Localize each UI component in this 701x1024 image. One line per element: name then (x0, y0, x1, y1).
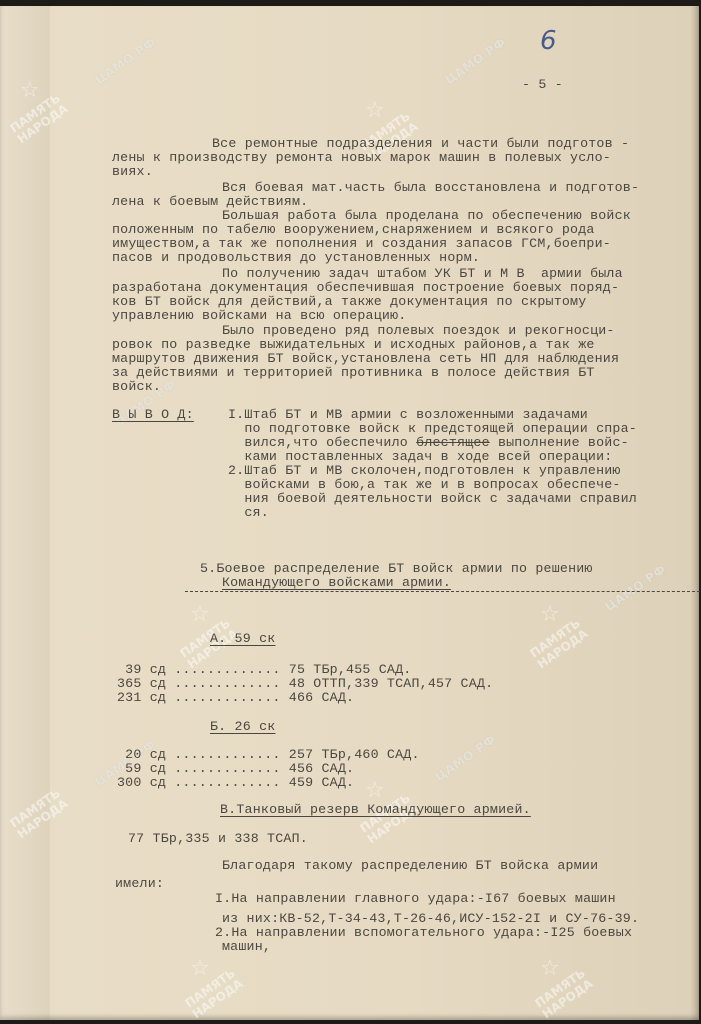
group-title-b: Б. 26 ск (210, 720, 275, 734)
watermark-tsamo: ЦАМО РФ (92, 35, 158, 87)
closing-item: I.На направлении главного удара:-I67 бое… (215, 892, 616, 906)
star-icon: ☆ (20, 78, 40, 103)
document-page: ЦАМО РФ ЦАМО РФ ЦАМО РФ ЦАМО РФ ЦАМО РФ … (0, 6, 699, 1020)
conclusion-line: 2.Штаб БТ и МВ сколочен,подготовлен к уп… (228, 464, 621, 478)
section-title-line2: Командующего войсками армии. (222, 576, 451, 590)
conclusion-line: вился,что обеспечило блестящее выполнени… (228, 436, 629, 450)
table-row: 231 сд ............. 466 САД. (117, 691, 354, 705)
conclusion-line: I.Штаб БТ и МВ армии с возложенными зада… (228, 408, 588, 422)
paragraph-line: Было проведено ряд полевых поездок и рек… (222, 324, 615, 338)
star-icon: ☆ (365, 778, 385, 803)
conclusion-label: В Ы В О Д: (112, 408, 194, 422)
watermark-tsamo: ЦАМО РФ (442, 35, 508, 87)
paragraph-line: за действиями и территорией противника в… (112, 366, 595, 380)
conclusion-line: ся. (228, 506, 269, 520)
table-row: 300 сд ............. 459 САД. (117, 776, 354, 790)
paragraph-line: имуществом,а так же пополнения и создани… (112, 237, 611, 251)
star-icon: ☆ (540, 956, 560, 981)
paragraph-line: Большая работа была проделана по обеспеч… (222, 209, 631, 223)
paragraph-line: ровок по разведке выжидательных и исходн… (112, 338, 595, 352)
group-title-v: В.Танковый резерв Командующего армией. (220, 803, 531, 817)
conclusion-line: по подготовке войск к предстоящей операц… (228, 422, 637, 436)
closing-item-cont: машин, (222, 940, 271, 954)
table-row: 59 сд ............. 456 САД. (117, 762, 354, 776)
paragraph-line: ков БТ войск для действий,а также докуме… (112, 295, 586, 309)
page-fold-shadow (0, 6, 50, 1020)
closing-item-detail: из них:КВ-52,Т-34-43,Т-26-46,ИСУ-152-2I … (222, 912, 639, 926)
group-title-a: А. 59 ск (210, 632, 275, 646)
page-number: - 5 - (522, 78, 563, 92)
watermark-tsamo: ЦАМО РФ (432, 732, 498, 784)
table-row: 39 сд ............. 75 ТБр,455 САД. (117, 663, 411, 677)
star-icon: ☆ (540, 602, 560, 627)
star-icon: ☆ (190, 956, 210, 981)
paragraph-line: пасов и продовольствия до установленных … (112, 251, 480, 265)
paragraph-line: виях. (112, 165, 153, 179)
paragraph-line: По получению задач штабом УК БТ и М В ар… (222, 267, 623, 281)
conclusion-line: ния боевой деятельности войск с задачами… (228, 492, 637, 506)
paragraph-line: лены к производству ремонта новых марок … (112, 151, 611, 165)
reserve-line: 77 ТБр,335 и 338 ТСАП. (128, 832, 308, 846)
section-title: 5.Боевое распределение БТ войск армии по… (200, 562, 593, 576)
closing-label: имели: (115, 877, 164, 891)
paragraph-line: лена к боевым действиям. (112, 195, 308, 209)
watermark-tsamo: ЦАМО РФ (602, 562, 668, 614)
conclusion-line: войсками в бою,а так же и в вопросах обе… (228, 478, 621, 492)
paragraph-line: войск. (112, 380, 161, 394)
paragraph-line: разработана документация обеспечившая по… (112, 281, 619, 295)
conclusion-line: ками поставленных задач в ходе всей опер… (228, 450, 612, 464)
table-row: 365 сд ............. 48 ОТТП,339 ТСАП,45… (117, 677, 493, 691)
paragraph-line: положенным по табелю вооружением,снаряже… (112, 223, 595, 237)
paragraph-line: Все ремонтные подразделения и части были… (212, 137, 629, 151)
star-icon: ☆ (365, 98, 385, 123)
table-row: 20 сд ............. 257 ТБр,460 САД. (117, 748, 420, 762)
paragraph-line: Вся боевая мат.часть была восстановлена … (222, 181, 639, 195)
star-icon: ☆ (190, 602, 210, 627)
paragraph-line: управлению войсками на всю операцию. (112, 309, 406, 323)
handwritten-sheet-number: 6 (540, 26, 557, 56)
closing-line: Благодаря такому распределению БТ войска… (222, 859, 598, 873)
struck-word: блестящее (416, 435, 490, 450)
paragraph-line: маршрутов движения БТ войск,установлена … (112, 352, 619, 366)
closing-item: 2.На направлении вспомогательного удара:… (215, 926, 632, 940)
section-underline (185, 591, 701, 592)
